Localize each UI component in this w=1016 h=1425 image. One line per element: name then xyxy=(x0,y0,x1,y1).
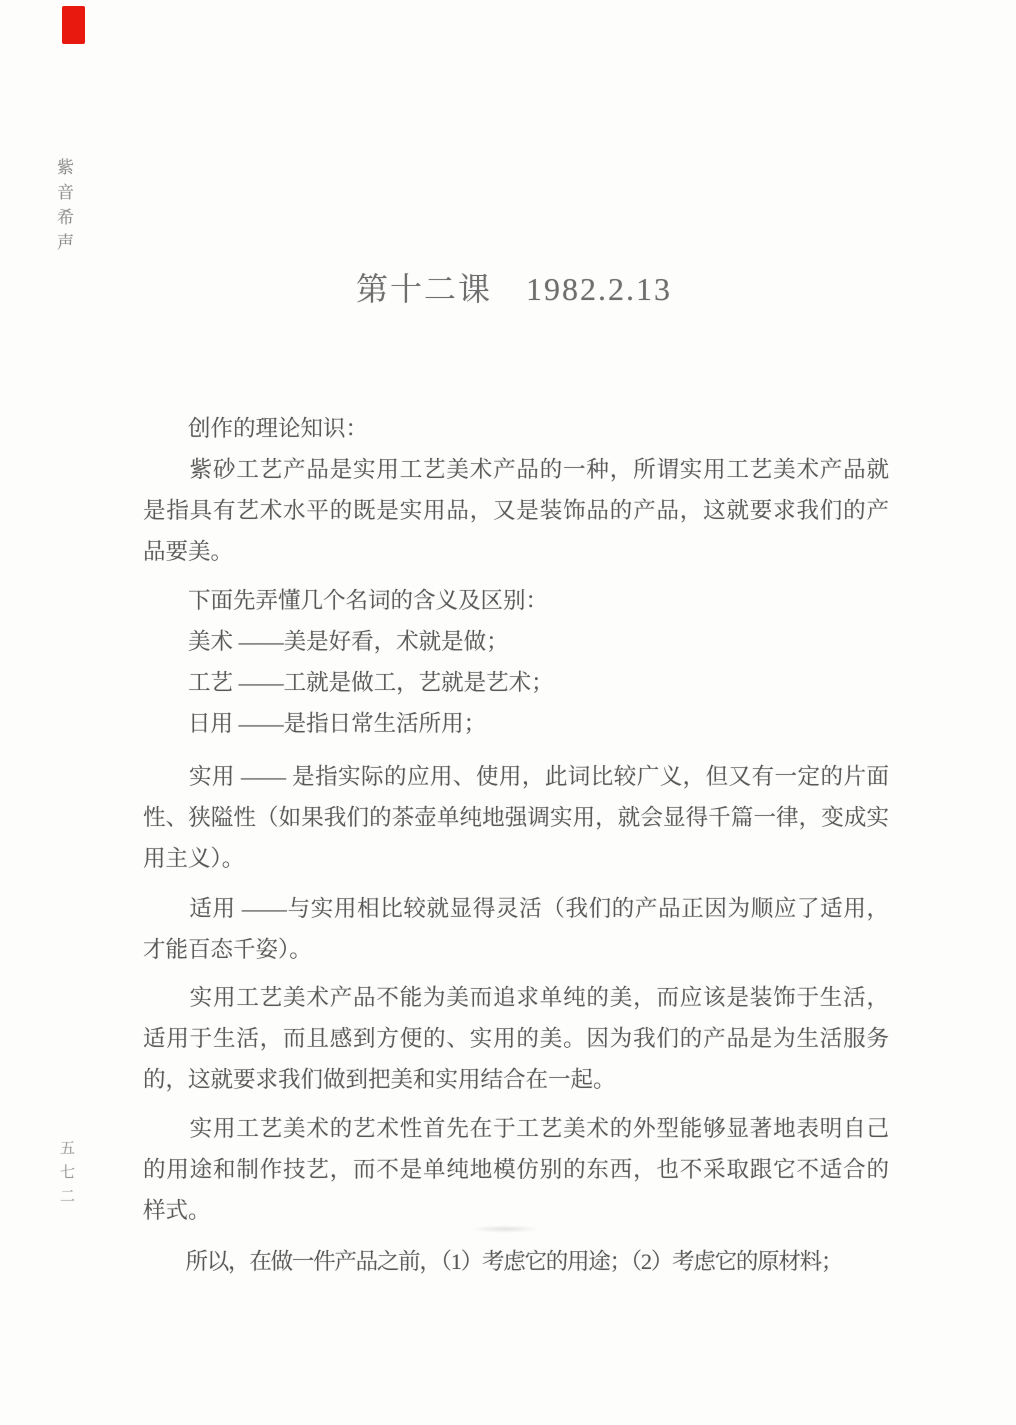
text-line: 工艺 ——工就是做工，艺就是艺术； xyxy=(143,662,889,703)
text-line: 实用工艺美术产品不能为美而追求单纯的美，而应该是装饰于生活， xyxy=(143,977,889,1018)
paragraph: 实用工艺美术的艺术性首先在于工艺美术的外型能够显著地表明自己 的用途和制作技艺，… xyxy=(143,1108,889,1231)
text-line: 所以，在做一件产品之前，（1）考虑它的用途；（2）考虑它的原材料； xyxy=(143,1241,889,1282)
paragraph: 日用 ——是指日常生活所用； xyxy=(143,703,889,744)
scanned-book-page: 紫音希声 第十二课 1982.2.13 创作的理论知识： 紫砂工艺产品是实用工艺… xyxy=(0,0,1016,1425)
text-line: 实用 —— 是指实际的应用、使用，此词比较广义，但又有一定的片面 xyxy=(143,756,889,797)
body-text: 创作的理论知识： 紫砂工艺产品是实用工艺美术产品的一种，所谓实用工艺美术产品就 … xyxy=(143,408,889,1282)
text-line: 用主义）。 xyxy=(143,838,889,879)
paragraph: 创作的理论知识： xyxy=(143,408,889,449)
text-line: 性、狭隘性（如果我们的茶壶单纯地强调实用，就会显得千篇一律，变成实 xyxy=(143,797,889,838)
page-number: 五七二 xyxy=(56,1140,77,1212)
text-line: 的，这就要求我们做到把美和实用结合在一起。 xyxy=(143,1059,889,1100)
text-line: 下面先弄懂几个名词的含义及区别： xyxy=(143,580,889,621)
text-line: 美术 ——美是好看，术就是做； xyxy=(143,621,889,662)
paragraph: 美术 ——美是好看，术就是做； xyxy=(143,621,889,662)
paragraph: 适用 ——与实用相比较就显得灵活（我们的产品正因为顺应了适用， 才能百态千姿）。 xyxy=(143,888,889,970)
side-vertical-label: 紫音希声 xyxy=(51,158,76,258)
text-line: 适用于生活，而且感到方便的、实用的美。因为我们的产品是为生活服务 xyxy=(143,1018,889,1059)
paragraph: 所以，在做一件产品之前，（1）考虑它的用途；（2）考虑它的原材料； xyxy=(143,1241,889,1282)
text-line: 适用 ——与实用相比较就显得灵活（我们的产品正因为顺应了适用， xyxy=(143,888,889,929)
text-line: 才能百态千姿）。 xyxy=(143,929,889,970)
red-bookmark-mark xyxy=(62,6,85,44)
text-line: 创作的理论知识： xyxy=(143,408,889,449)
page-title: 第十二课 1982.2.13 xyxy=(356,264,672,310)
text-line: 日用 ——是指日常生活所用； xyxy=(143,703,889,744)
text-line: 是指具有艺术水平的既是实用品，又是装饰品的产品，这就要求我们的产 xyxy=(143,490,889,531)
text-line: 紫砂工艺产品是实用工艺美术产品的一种，所谓实用工艺美术产品就 xyxy=(143,449,889,490)
text-line: 品要美。 xyxy=(143,531,889,572)
text-line: 实用工艺美术的艺术性首先在于工艺美术的外型能够显著地表明自己 xyxy=(143,1108,889,1149)
paragraph: 工艺 ——工就是做工，艺就是艺术； xyxy=(143,662,889,703)
scan-artifact xyxy=(470,1225,540,1233)
paragraph: 实用 —— 是指实际的应用、使用，此词比较广义，但又有一定的片面 性、狭隘性（如… xyxy=(143,756,889,879)
text-line: 的用途和制作技艺，而不是单纯地模仿别的东西，也不采取跟它不适合的 xyxy=(143,1149,889,1190)
paragraph: 下面先弄懂几个名词的含义及区别： xyxy=(143,580,889,621)
paragraph: 实用工艺美术产品不能为美而追求单纯的美，而应该是装饰于生活， 适用于生活，而且感… xyxy=(143,977,889,1100)
paragraph: 紫砂工艺产品是实用工艺美术产品的一种，所谓实用工艺美术产品就 是指具有艺术水平的… xyxy=(143,449,889,572)
